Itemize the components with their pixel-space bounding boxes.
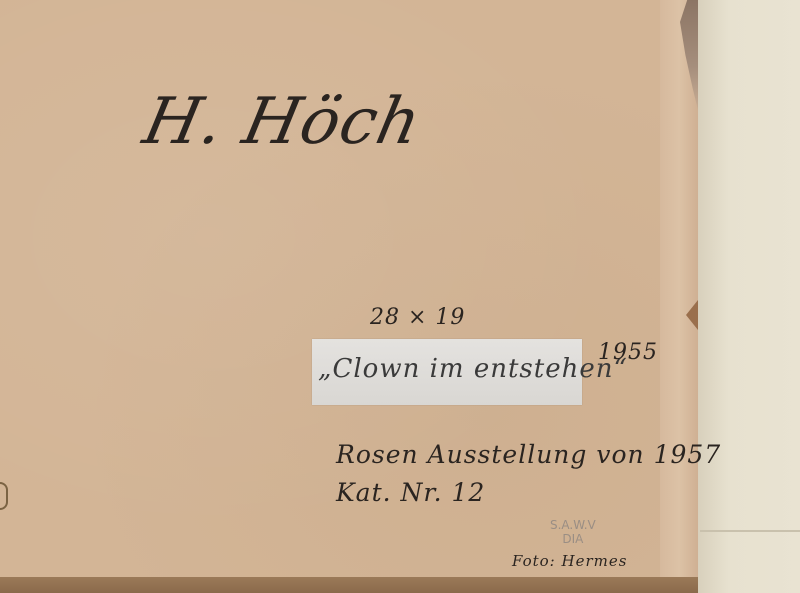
photo-credit: Foto: Hermes: [512, 552, 627, 570]
board-edge-strip: [660, 0, 698, 593]
dimensions-text: 28 × 19: [370, 305, 465, 330]
year-text: 1955: [598, 340, 658, 365]
pencil-note-line2: DIA: [550, 532, 596, 546]
left-edge-mark: [0, 482, 8, 510]
pencil-note-line1: S.A.W.V: [550, 518, 596, 532]
frame-bottom-strip: [0, 577, 698, 593]
pencil-note: S.A.W.V DIA: [550, 518, 596, 546]
catalog-number-text: Kat. Nr. 12: [336, 478, 485, 507]
wall-molding-line: [700, 530, 800, 532]
artist-signature: H. Höch: [137, 85, 428, 159]
wall-background: [698, 0, 800, 593]
title-label-text: „Clown im entstehen“: [318, 354, 628, 384]
exhibition-text: Rosen Ausstellung von 1957: [336, 440, 721, 469]
